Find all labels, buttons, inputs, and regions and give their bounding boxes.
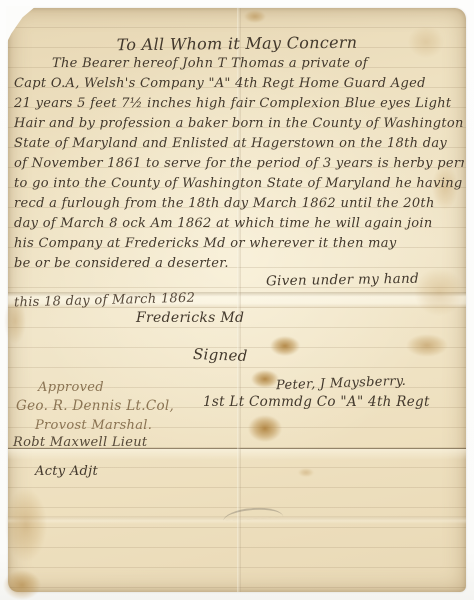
document-body: The Bearer hereof John T Thomas a privat… [14,54,464,274]
signed-label: Signed [193,345,248,365]
stain-blob [248,415,282,442]
document-title: To All Whom it May Concern [8,32,466,56]
scanned-document-image: To All Whom it May Concern The Bearer he… [0,0,474,600]
second-signature-role: Acty Adjt [35,464,98,479]
signature-officer-title: 1st Lt Commdg Co "A" 4th Regt [203,394,430,410]
document-paper: To All Whom it May Concern The Bearer he… [8,8,466,592]
approved-label: Approved [38,380,104,395]
body-line: to go into the County of Washington Stat… [14,174,464,194]
stain-blob [3,570,41,600]
stain-blob [251,370,279,388]
body-line: 21 years 5 feet 7½ inches high fair Comp… [14,94,464,114]
body-line: State of Maryland and Enlisted at Hagers… [14,134,464,154]
stain-blob [244,10,266,23]
body-line: his Company at Fredericks Md or wherever… [14,234,464,254]
body-line: of November 1861 to serve for the period… [14,154,464,174]
body-line: The Bearer hereof John T Thomas a privat… [14,54,464,74]
date-line: this 18 day of March 1862 [14,291,196,311]
body-line: Hair and by profession a baker born in t… [14,114,464,134]
stain-blob [414,268,464,316]
signature-officer-name: Peter, J Maysberry. [276,374,407,394]
second-signature-name: Robt Maxwell Lieut [13,435,147,450]
stain-blob [5,488,47,562]
body-line: day of March 8 ock Am 1862 at which time… [14,214,464,234]
body-line: Capt O.A, Welsh's Company "A" 4th Regt H… [14,74,464,94]
stain-blob [406,334,448,357]
stain-blob [270,336,300,356]
place-line: Fredericks Md [136,310,244,326]
pencil-mark [223,506,284,521]
fold-crease-horizontal [8,516,466,524]
stain-blob [298,468,314,477]
body-line: recd a furlough from the 18th day March … [14,194,464,214]
given-under-hand-line: Given under my hand [266,271,419,290]
approver-name: Geo. R. Dennis Lt.Col, [16,398,174,414]
approver-role: Provost Marshal. [35,418,152,433]
